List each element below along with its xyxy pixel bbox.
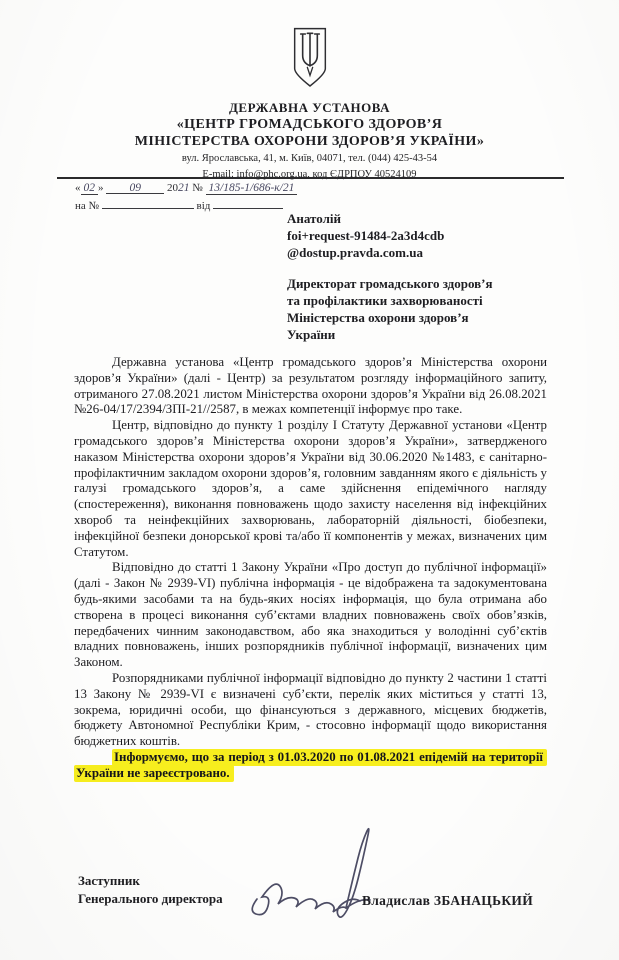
ref-number-handwritten: 13/185-1/686-к/21 <box>206 182 298 195</box>
signer-title: Заступник Генерального директора <box>78 872 223 907</box>
document-page: ДЕРЖАВНА УСТАНОВА «ЦЕНТР ГРОМАДСЬКОГО ЗД… <box>0 0 619 960</box>
quote-open: « <box>75 182 81 194</box>
org-name-line1: «ЦЕНТР ГРОМАДСЬКОГО ЗДОРОВ’Я <box>0 116 619 133</box>
letterhead-divider <box>57 177 564 179</box>
recipient-directorate-line3: Міністерства охорони здоров’я <box>287 310 493 327</box>
org-type: ДЕРЖАВНА УСТАНОВА <box>0 100 619 116</box>
body-paragraph-4: Розпорядниками публічної інформації відп… <box>74 671 547 750</box>
recipient-directorate-line4: України <box>287 327 493 344</box>
from-label: від <box>197 200 211 212</box>
handwritten-signature <box>243 815 383 933</box>
recipient-email-line1: foi+request-91484-2a3d4cdb <box>287 228 493 245</box>
ref-number-label: № <box>192 182 203 194</box>
recipient-name: Анатолій <box>287 211 493 228</box>
reference-reply-line: на № від <box>75 197 297 212</box>
org-email: E-mail: info@phc.org.ua, код ЄДРПОУ 4052… <box>0 169 619 182</box>
reply-label: на № <box>75 200 99 212</box>
org-address: вул. Ярославська, 41, м. Київ, 04071, те… <box>0 153 619 166</box>
body-paragraph-2: Центр, відповідно до пункту 1 розділу І … <box>74 418 547 560</box>
body-paragraph-1: Державна установа «Центр громадського зд… <box>74 355 547 418</box>
recipient-directorate-line2: та профілактики захворюваності <box>287 293 493 310</box>
org-name-line2: МІНІСТЕРСТВА ОХОРОНИ ЗДОРОВ’Я УКРАЇНИ» <box>0 133 619 150</box>
reference-block: «02» 09 2021 № 13/185-1/686-к/21 на № ві… <box>75 182 297 212</box>
reply-number-blank <box>102 197 194 209</box>
quote-close: » <box>98 182 104 194</box>
highlighted-paragraph: Інформуємо, що за період з 01.03.2020 по… <box>74 750 547 782</box>
from-date-blank <box>213 197 283 209</box>
ref-year-prefix: 20 <box>167 182 178 194</box>
signer-title-line1: Заступник <box>78 872 223 890</box>
signer-name: Владислав ЗБАНАЦЬКИЙ <box>362 893 533 909</box>
ref-month-handwritten: 09 <box>130 182 142 194</box>
letter-body: Державна установа «Центр громадського зд… <box>74 355 547 782</box>
highlighted-statement: Інформуємо, що за період з 01.03.2020 по… <box>74 749 547 782</box>
signer-title-line2: Генерального директора <box>78 890 223 908</box>
body-paragraph-3: Відповідно до статті 1 Закону України «П… <box>74 560 547 671</box>
ref-year-handwritten: 21 <box>178 182 190 194</box>
recipient-directorate-line1: Директорат громадського здоров’я <box>287 276 493 293</box>
reference-date-line: «02» 09 2021 № 13/185-1/686-к/21 <box>75 182 297 197</box>
ukraine-trident-emblem <box>290 22 330 94</box>
letterhead: ДЕРЖАВНА УСТАНОВА «ЦЕНТР ГРОМАДСЬКОГО ЗД… <box>0 22 619 181</box>
ref-day-handwritten: 02 <box>81 182 99 195</box>
recipient-email-line2: @dostup.pravda.com.ua <box>287 245 493 262</box>
recipient-block: Анатолій foi+request-91484-2a3d4cdb @dos… <box>287 211 493 344</box>
